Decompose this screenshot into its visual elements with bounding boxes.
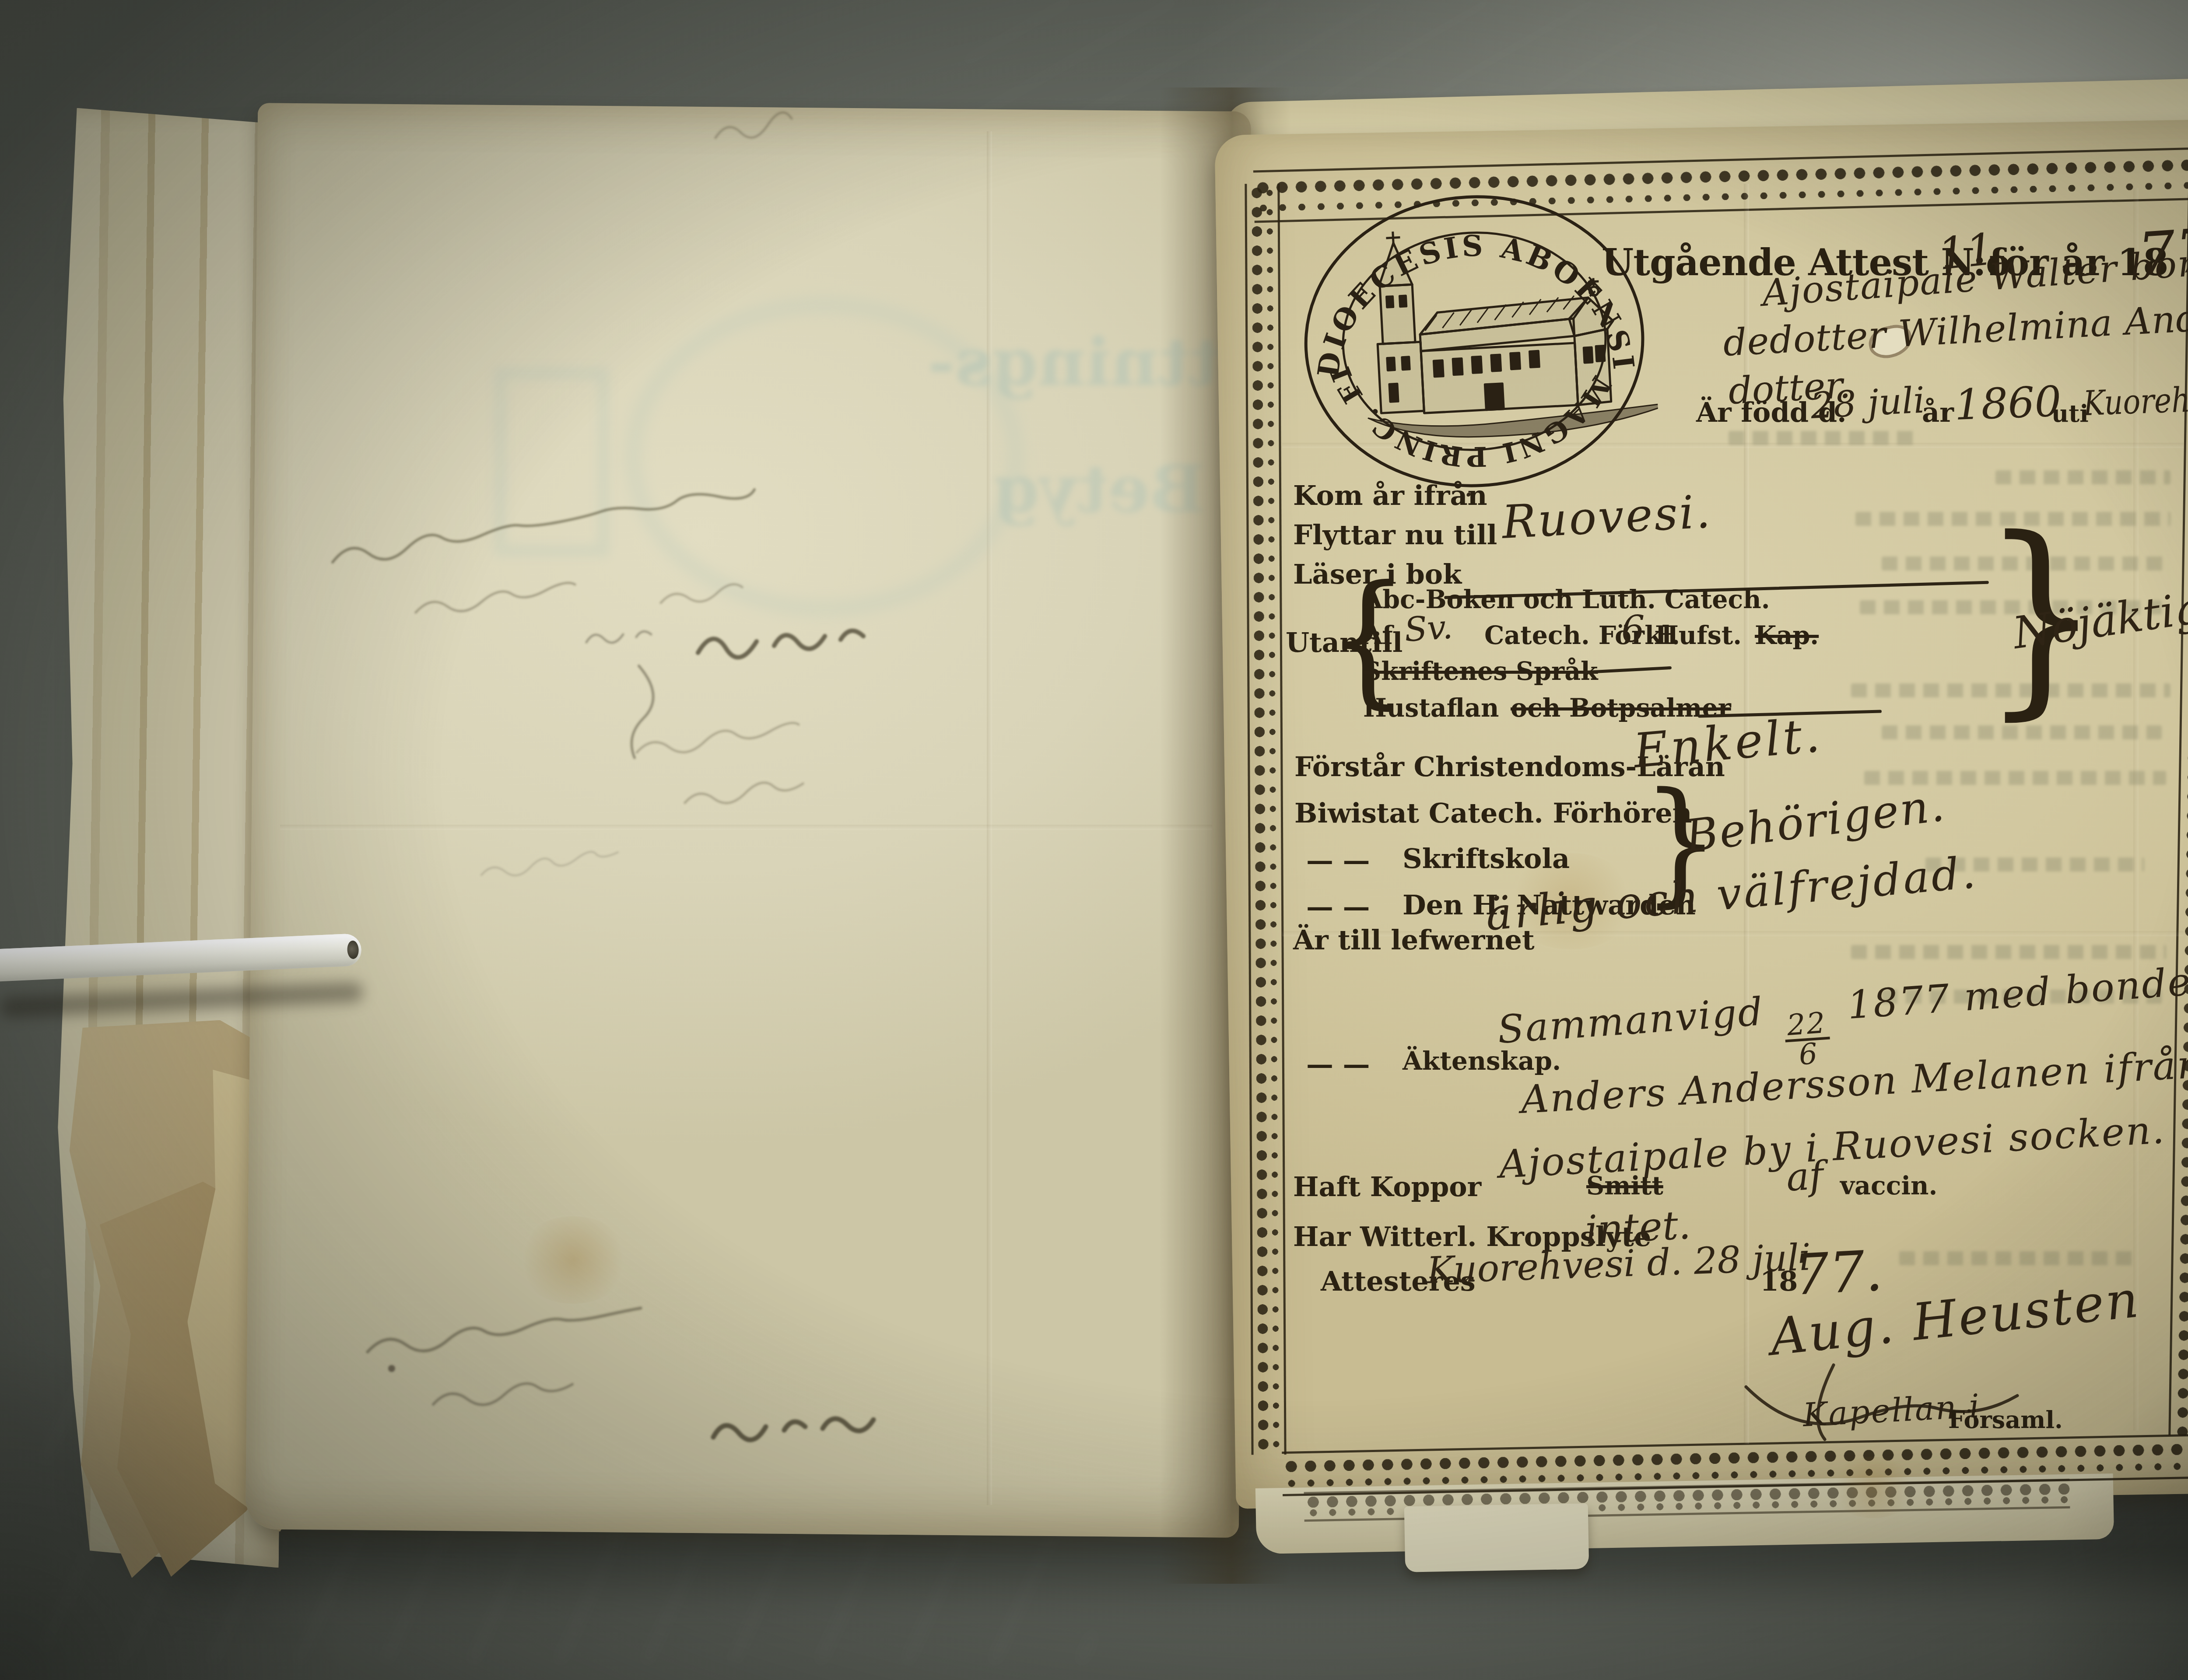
marriage-date-fraction: 22 6 (1784, 1009, 1832, 1070)
attended-dash1: — — (1306, 847, 1370, 874)
attestation-year-hand: 77. (1792, 1243, 1884, 1304)
utantill-item1: Abc-Boken och Luth. Catech. (1363, 587, 1770, 612)
photo-scene: flyttnings- Betyg (0, 0, 2188, 1680)
utantill-item2-6: 6 (1621, 611, 1645, 647)
smallpox-vaccin: vaccin. (1840, 1173, 1937, 1198)
born-parish: Kuorehvesi. (2083, 381, 2188, 421)
under-page-tab (1404, 1503, 1589, 1572)
smallpox-hand: af (1785, 1156, 1825, 1197)
born-date: 28 juli (1810, 382, 1926, 424)
flyttar-value: Ruovesi. (1501, 489, 1713, 545)
utantill-item2-kap-struck: Kap. (1755, 623, 1819, 648)
utantill-item2-catech: Catech. Förkl. (1484, 623, 1680, 648)
signature-title-printed: Församl. (1948, 1408, 2063, 1431)
utantill-item2-sv: Sv. (1403, 610, 1454, 647)
showthrough-line (1851, 945, 2166, 959)
kom-label: Kom år ifrån (1293, 482, 1487, 509)
born-year: 1860 (1954, 381, 2062, 426)
utantill-item4: Hustaflan (1363, 696, 1499, 721)
showthrough-line (1899, 1251, 2135, 1265)
attended-row1: Biwistat Catech. Förhören (1294, 800, 1692, 827)
attended-row2: Skriftskola (1403, 845, 1570, 872)
attest-border-left (1245, 184, 1286, 1455)
smallpox-label: Haft Koppor (1293, 1173, 1481, 1200)
showthrough-line (1729, 431, 1917, 445)
utantill-item2-hufst: Hufst. (1655, 623, 1742, 648)
showthrough-line (1995, 470, 2170, 484)
attended-dash2: — — (1306, 893, 1370, 920)
marriage-dash: — — (1306, 1051, 1370, 1078)
attest-crease (2133, 188, 2139, 1431)
attest-stain (1829, 1457, 1917, 1518)
smallpox-struck: Smitt (1586, 1173, 1663, 1198)
stick-tube-opening (347, 940, 359, 959)
kom-mark: · (1464, 479, 1473, 510)
attestation-year-printed: 18 (1760, 1268, 1798, 1295)
flyttar-label: Flyttar nu till (1293, 521, 1497, 549)
diocese-seal: DIOECESIS ABOENSIS. MAGNI PRINC. FINL. (1287, 178, 1662, 503)
faded-handwriting-marks (245, 92, 1252, 1579)
utantill-item2-af: Af (1363, 623, 1393, 648)
utantill-item3-struck: Skriftenes Språk (1363, 659, 1598, 684)
born-year-label: år (1922, 399, 1954, 426)
